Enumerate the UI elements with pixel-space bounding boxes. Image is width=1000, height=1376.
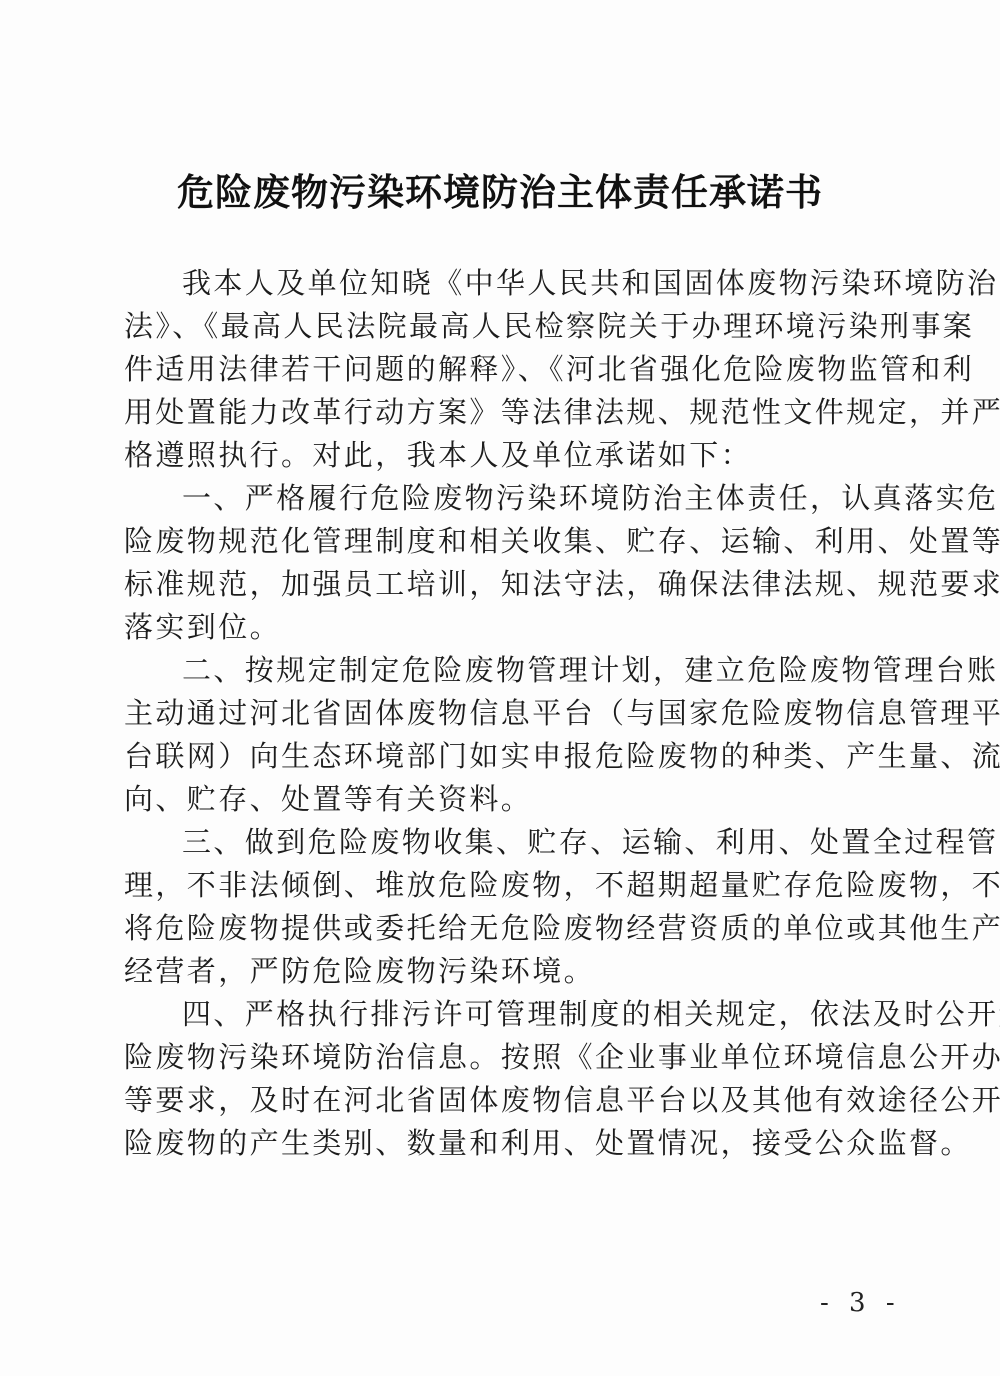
text-line: 我本人及单位知晓《中华人民共和国固体废物污染环境防治 [124,262,884,305]
paragraph-commitment-2: 二、按规定制定危险废物管理计划，建立危险废物管理台账， 主动通过河北省固体废物信… [124,649,884,821]
text-line: 落实到位。 [124,606,884,649]
text-line: 等要求，及时在河北省固体废物信息平台以及其他有效途径公开危 [124,1079,884,1122]
text-line: 二、按规定制定危险废物管理计划，建立危险废物管理台账， [124,649,884,692]
text-line: 将危险废物提供或委托给无危险废物经营资质的单位或其他生产 [124,907,884,950]
text-line: 经营者，严防危险废物污染环境。 [124,950,884,993]
document-page: 危险废物污染环境防治主体责任承诺书 我本人及单位知晓《中华人民共和国固体废物污染… [0,0,1000,1376]
text-line: 台联网）向生态环境部门如实申报危险废物的种类、产生量、流 [124,735,884,778]
paragraph-commitment-3: 三、做到危险废物收集、贮存、运输、利用、处置全过程管 理，不非法倾倒、堆放危险废… [124,821,884,993]
text-line: 主动通过河北省固体废物信息平台（与国家危险废物信息管理平 [124,692,884,735]
text-line: 理，不非法倾倒、堆放危险废物，不超期超量贮存危险废物，不 [124,864,884,907]
text-line: 件适用法律若干问题的解释》、《河北省强化危险废物监管和利 [124,348,884,391]
paragraph-commitment-1: 一、严格履行危险废物污染环境防治主体责任，认真落实危 险废物规范化管理制度和相关… [124,477,884,649]
text-line: 向、贮存、处置等有关资料。 [124,778,884,821]
text-line: 险废物污染环境防治信息。按照《企业事业单位环境信息公开办法》 [124,1036,884,1079]
text-line: 格遵照执行。对此，我本人及单位承诺如下： [124,434,884,477]
page-number: - 3 - [820,1288,901,1318]
text-line: 标准规范，加强员工培训，知法守法，确保法律法规、规范要求 [124,563,884,606]
text-line: 法》、《最高人民法院最高人民检察院关于办理环境污染刑事案 [124,305,884,348]
text-line: 用处置能力改革行动方案》等法律法规、规范性文件规定，并严 [124,391,884,434]
text-line: 险废物规范化管理制度和相关收集、贮存、运输、利用、处置等 [124,520,884,563]
document-body: 我本人及单位知晓《中华人民共和国固体废物污染环境防治 法》、《最高人民法院最高人… [124,262,884,1165]
text-line: 三、做到危险废物收集、贮存、运输、利用、处置全过程管 [124,821,884,864]
document-title: 危险废物污染环境防治主体责任承诺书 [0,162,1000,216]
text-line: 四、严格执行排污许可管理制度的相关规定，依法及时公开危 [124,993,884,1036]
text-line: 一、严格履行危险废物污染环境防治主体责任，认真落实危 [124,477,884,520]
text-line: 险废物的产生类别、数量和利用、处置情况，接受公众监督。 [124,1122,884,1165]
paragraph-commitment-4: 四、严格执行排污许可管理制度的相关规定，依法及时公开危 险废物污染环境防治信息。… [124,993,884,1165]
paragraph-intro: 我本人及单位知晓《中华人民共和国固体废物污染环境防治 法》、《最高人民法院最高人… [124,262,884,477]
